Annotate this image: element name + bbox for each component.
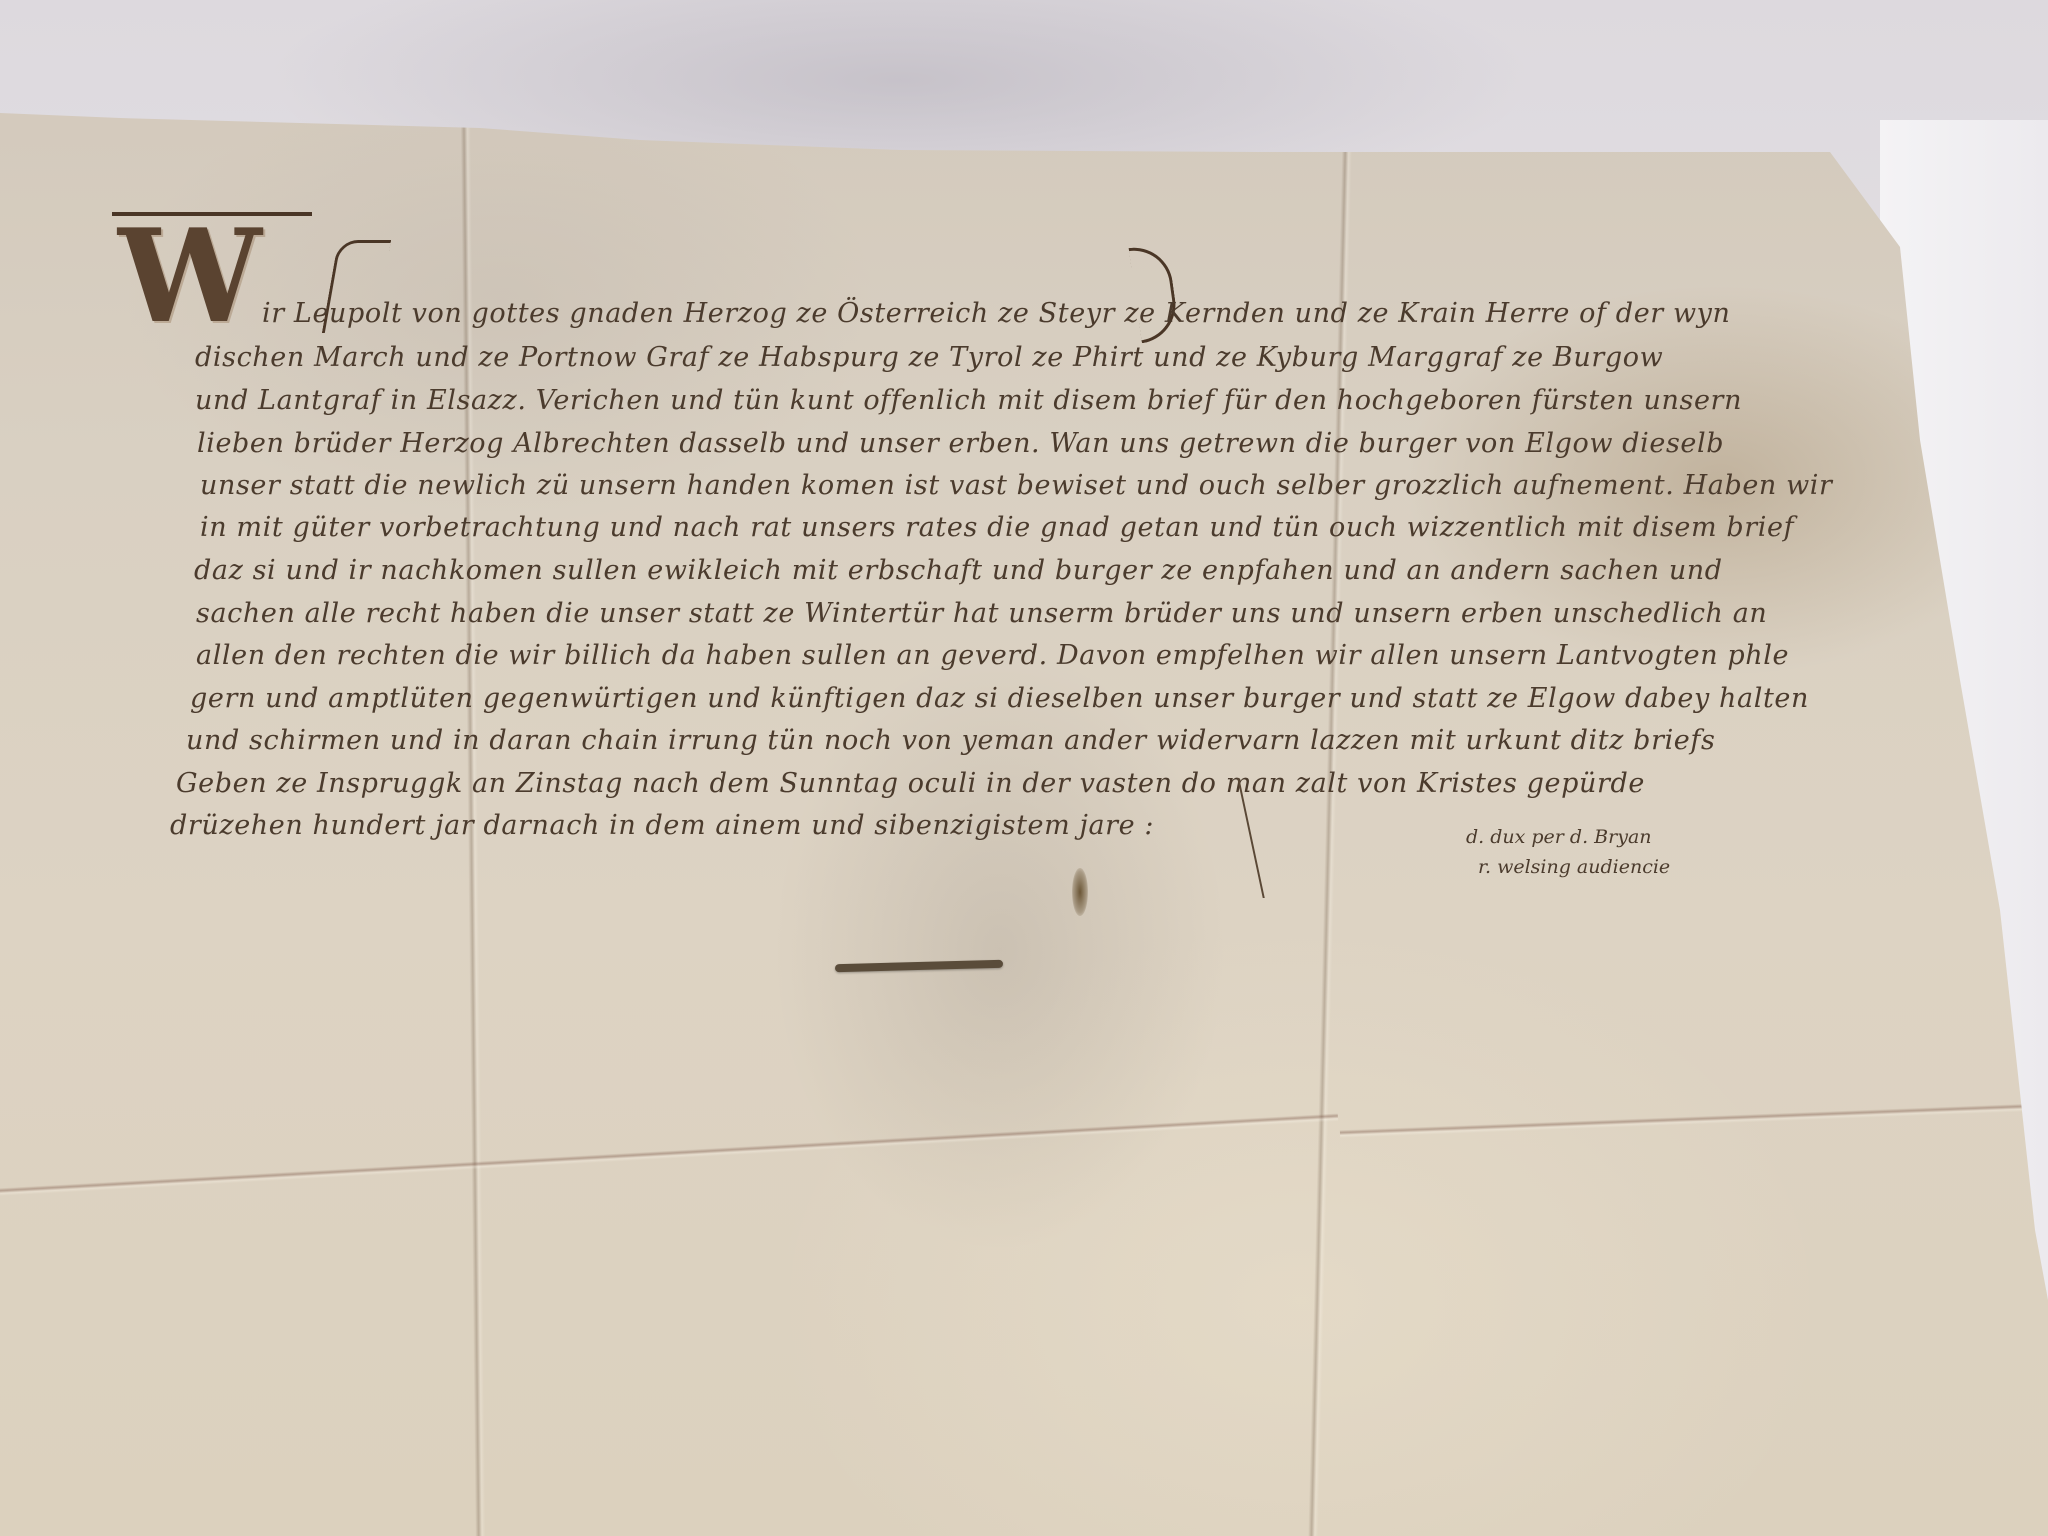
- text-line-7: daz si und ir nachkomen sullen ewikleich…: [194, 555, 1723, 586]
- photo-stage: W ir Leupolt von gottes gnaden Herzog ze…: [0, 0, 2048, 1536]
- text-line-8: sachen alle recht haben die unser statt …: [196, 598, 1767, 629]
- text-line-12: Geben ze Inspruggk an Zinstag nach dem S…: [176, 768, 1645, 799]
- text-line-3: und Lantgraf in Elsazz. Verichen und tün…: [195, 385, 1742, 416]
- text-line-13: drüzehen hundert jar darnach in dem aine…: [170, 810, 1154, 841]
- chancery-note-line-2: r. welsing audiencie: [1478, 856, 1670, 878]
- seal-slit: [835, 960, 1003, 972]
- text-line-10: gern und amptlüten gegenwürtigen und kün…: [190, 683, 1809, 714]
- text-line-5: unser statt die newlich zü unsern handen…: [200, 470, 1833, 501]
- ink-stain: [1072, 868, 1088, 916]
- text-line-9: allen den rechten die wir billich da hab…: [196, 640, 1789, 671]
- text-line-4: lieben brüder Herzog Albrechten dasselb …: [197, 428, 1724, 459]
- text-line-6: in mit güter vorbetrachtung und nach rat…: [200, 512, 1794, 543]
- text-line-2: dischen March und ze Portnow Graf ze Hab…: [195, 342, 1663, 373]
- chancery-note-line-1: d. dux per d. Bryan: [1466, 826, 1652, 848]
- text-line-1: ir Leupolt von gottes gnaden Herzog ze Ö…: [262, 298, 1731, 329]
- charter-text: W ir Leupolt von gottes gnaden Herzog ze…: [0, 0, 2048, 1536]
- decorated-initial: W: [118, 222, 278, 332]
- text-line-11: und schirmen und in daran chain irrung t…: [186, 725, 1715, 756]
